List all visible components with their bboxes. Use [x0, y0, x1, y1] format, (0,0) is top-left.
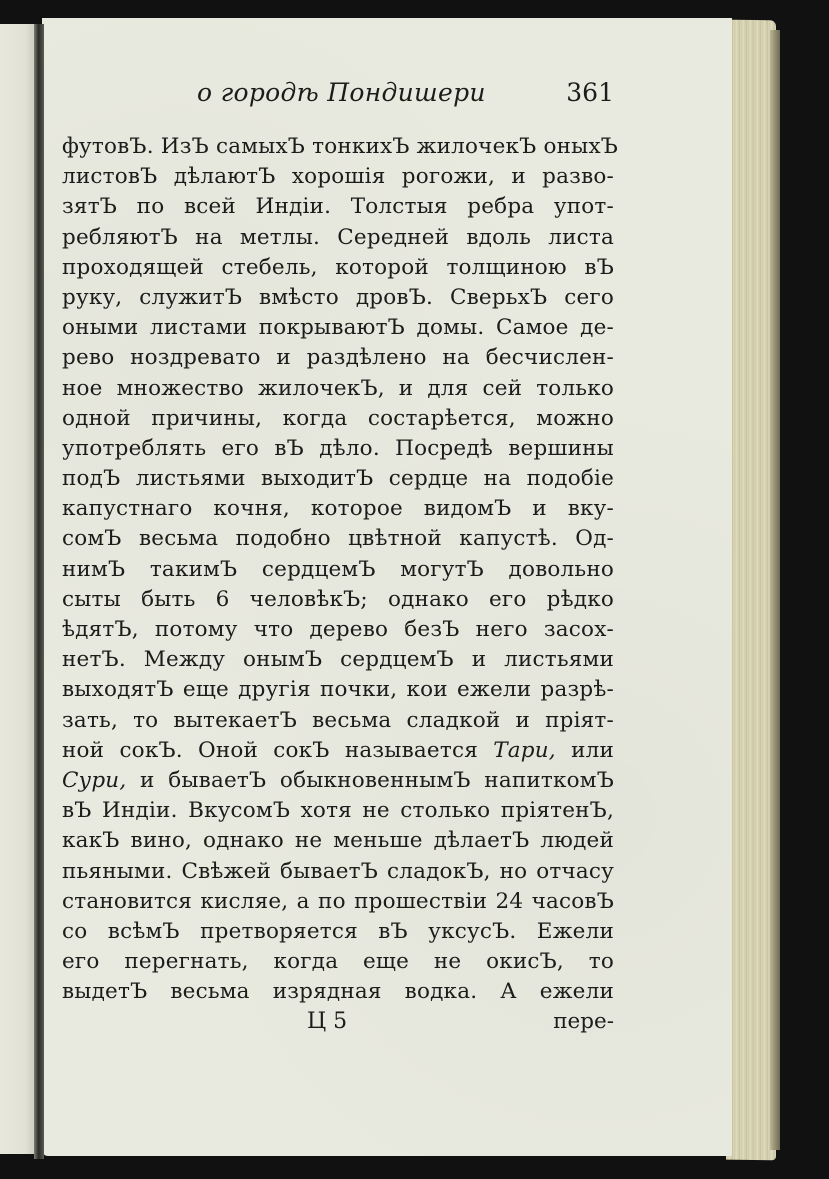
- text-segment: или: [571, 738, 614, 763]
- text-line: зятЪ по всей Индіи. Толстыя ребра упот-: [62, 192, 614, 222]
- text-segment: и бываетЪ обыкновеннымЪ напиткомЪ: [140, 768, 614, 793]
- text-line: со всѣмЪ претворяется вЪ уксусЪ. Ежели: [62, 917, 614, 947]
- text-line: листовЪ дѣлаютЪ хорошія рогожи, и разво-: [62, 162, 614, 192]
- text-line: вЪ Индіи. ВкусомЪ хотя не столько пріяте…: [62, 796, 614, 826]
- text-line: футовЪ. ИзЪ самыхЪ тонкихЪ жилочекЪ оных…: [62, 132, 614, 162]
- page-number: 361: [566, 78, 614, 107]
- book-fore-edge: [726, 20, 776, 1161]
- text-line: его перегнать, когда еще не окисЪ, то: [62, 947, 614, 977]
- page-content: о городѣ Пондишери 361 футовЪ. ИзЪ самых…: [62, 78, 614, 1045]
- text-line: ѣдятЪ, потому что дерево безЪ него засох…: [62, 615, 614, 645]
- fore-edge-shadow: [770, 30, 780, 1150]
- text-line: выходятЪ еще другія почки, кои ежели раз…: [62, 675, 614, 705]
- text-line: нетЪ. Между онымЪ сердцемЪ и листьями: [62, 645, 614, 675]
- text-segment: ной сокЪ. Оной сокЪ называется: [62, 738, 478, 763]
- book-photo: о городѣ Пондишери 361 футовЪ. ИзЪ самых…: [0, 0, 829, 1179]
- body-text: футовЪ. ИзЪ самыхЪ тонкихЪ жилочекЪ оных…: [62, 132, 614, 1007]
- text-line: ребляютЪ на метлы. Середней вдоль листа: [62, 223, 614, 253]
- text-line: оными листами покрываютЪ домы. Самое де-: [62, 313, 614, 343]
- text-line: подЪ листьями выходитЪ сердце на подобіе: [62, 464, 614, 494]
- previous-page-edge: [0, 24, 36, 1154]
- text-line: одной причины, когда состарѣется, можно: [62, 404, 614, 434]
- text-line: становится кисляе, а по прошествіи 24 ча…: [62, 887, 614, 917]
- text-line: какЪ вино, однако не меньше дѣлаетЪ люде…: [62, 826, 614, 856]
- text-line: нимЪ такимЪ сердцемЪ могутЪ довольно: [62, 555, 614, 585]
- text-line: рево ноздревато и раздѣлено на бесчислен…: [62, 343, 614, 373]
- text-line: ное множество жилочекЪ, и для сей только: [62, 374, 614, 404]
- page-footer: Ц 5 пере-: [62, 1009, 614, 1045]
- text-line: зать, то вытекаетЪ весьма сладкой и прія…: [62, 706, 614, 736]
- text-line: проходящей стебель, которой толщиною вЪ: [62, 253, 614, 283]
- text-line: выдетЪ весьма изрядная водка. А ежели: [62, 977, 614, 1007]
- text-line: руку, служитЪ вмѣсто дровЪ. СверьхЪ сего: [62, 283, 614, 313]
- running-head: о городѣ Пондишери: [197, 78, 486, 107]
- book-gutter: [34, 24, 44, 1159]
- signature-mark: Ц 5: [307, 1009, 347, 1034]
- italic-term: Сури,: [62, 768, 126, 793]
- text-line-with-italic: Сури, и бываетЪ обыкновеннымЪ напиткомЪ: [62, 766, 614, 796]
- text-line: капустнаго кочня, которое видомЪ и вку-: [62, 494, 614, 524]
- text-line: пьяными. Свѣжей бываетЪ сладокЪ, но отча…: [62, 857, 614, 887]
- text-line: сыты быть 6 человѣкЪ; однако его рѣдко: [62, 585, 614, 615]
- text-line-with-italic: ной сокЪ. Оной сокЪ называется Тари, или: [62, 736, 614, 766]
- italic-term: Тари,: [493, 738, 556, 763]
- page-header: о городѣ Пондишери 361: [62, 78, 614, 122]
- text-line: употреблять его вЪ дѣло. Посредѣ вершины: [62, 434, 614, 464]
- catchword: пере-: [553, 1009, 614, 1034]
- text-line: сомЪ весьма подобно цвѣтной капустѣ. Од-: [62, 524, 614, 554]
